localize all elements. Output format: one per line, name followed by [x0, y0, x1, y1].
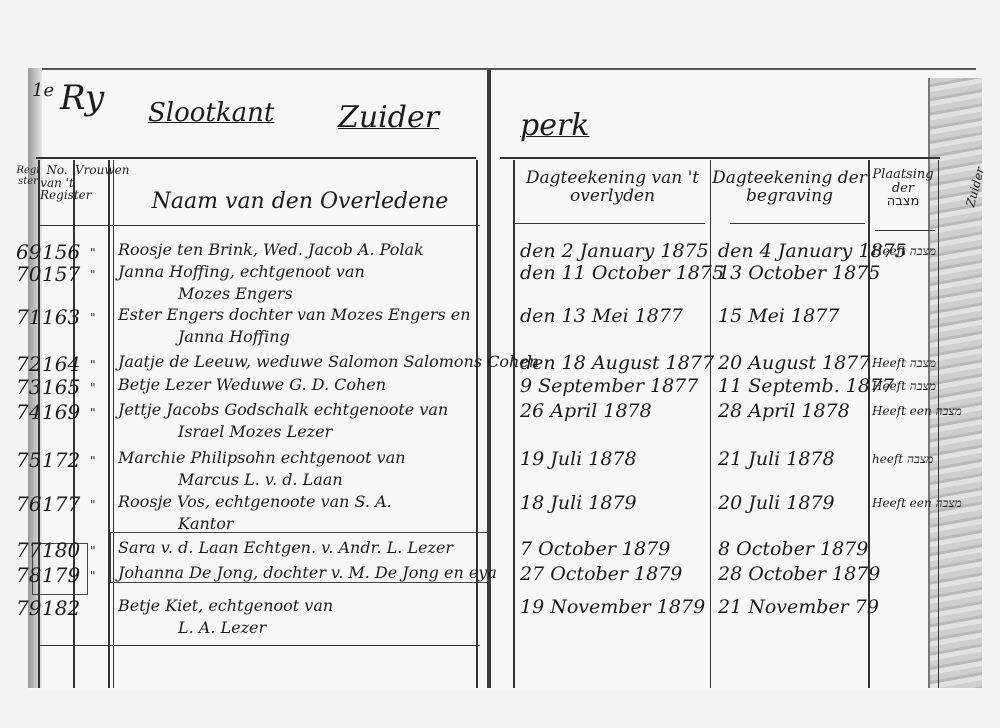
row-label: Ry	[60, 78, 104, 118]
row-prefix: 1e	[32, 80, 54, 101]
stone-placement: Heeft een מצבה	[872, 496, 962, 511]
register-number: 163	[42, 305, 80, 329]
row-number: 77	[16, 538, 41, 562]
deceased-name-cont: Israel Mozes Lezer	[178, 422, 332, 441]
ditto-mark: "	[90, 454, 96, 468]
deceased-name-cont: L. A. Lezer	[178, 618, 266, 637]
row-number: 75	[16, 448, 41, 472]
deceased-name: Marchie Philipsohn echtgenoot van	[118, 448, 406, 467]
death-date: 9 September 1877	[520, 375, 698, 397]
deceased-name-cont: Mozes Engers	[178, 284, 293, 303]
register-number: 164	[42, 352, 80, 376]
col-header-death-date: Dagteekening van 't overlyden	[515, 170, 710, 206]
deceased-name: Sara v. d. Laan Echtgen. v. Andr. L. Lez…	[118, 538, 453, 557]
burial-date: 20 Juli 1879	[718, 492, 835, 514]
burial-date: 20 August 1877	[718, 352, 870, 374]
header-bottom-rule-3	[730, 223, 865, 224]
deceased-name-cont: Kantor	[178, 514, 234, 533]
burial-date: 8 October 1879	[718, 538, 868, 560]
death-date: 19 November 1879	[520, 596, 705, 618]
book-spine	[487, 70, 491, 688]
burial-date: 11 Septemb. 1877	[718, 375, 894, 397]
register-number: 172	[42, 448, 80, 472]
row-number: 69	[16, 240, 41, 264]
col-header-row-no: Regi ster	[16, 166, 40, 187]
row-number: 72	[16, 352, 41, 376]
death-date: den 11 October 1875	[520, 262, 724, 284]
col-header-woman: Vrouwen	[75, 164, 109, 177]
deceased-name-cont: Marcus L. v. d. Laan	[178, 470, 343, 489]
deceased-name: Roosje ten Brink, Wed. Jacob A. Polak	[118, 240, 424, 259]
bottom-rule	[40, 645, 480, 646]
register-number: 156	[42, 240, 80, 264]
row-number: 74	[16, 400, 41, 424]
col-header-name: Naam van den Overledene	[140, 190, 460, 213]
burial-date: 28 October 1879	[718, 563, 880, 585]
deceased-name-cont: Janna Hoffing	[178, 327, 290, 346]
deceased-name: Roosje Vos, echtgenoote van S. A.	[118, 492, 392, 511]
register-number: 157	[42, 262, 80, 286]
ditto-mark: "	[90, 544, 96, 558]
deceased-name: Johanna De Jong, dochter v. M. De Jong e…	[118, 563, 497, 582]
ditto-mark: "	[90, 358, 96, 372]
deceased-name: Betje Lezer Weduwe G. D. Cohen	[118, 375, 386, 394]
header-bottom-rule-4	[875, 230, 935, 231]
ditto-mark: "	[90, 311, 96, 325]
deceased-name: Janna Hoffing, echtgenoot van	[118, 262, 365, 281]
death-date: 27 October 1879	[520, 563, 682, 585]
col-rule	[108, 160, 110, 688]
burial-date: 21 November 79	[718, 596, 879, 618]
death-date: den 18 August 1877	[520, 352, 714, 374]
ditto-mark: "	[90, 498, 96, 512]
ditto-mark: "	[90, 381, 96, 395]
register-number: 177	[42, 492, 80, 516]
ditto-mark: "	[90, 569, 96, 583]
header-top-rule-right	[500, 157, 940, 159]
section-title: Slootkant	[148, 98, 274, 128]
burial-date: 15 Mei 1877	[718, 305, 839, 327]
ditto-mark: "	[90, 246, 96, 260]
stone-placement: Heeft een מצבה	[872, 404, 962, 419]
register-number: 165	[42, 375, 80, 399]
part-title-2: perk	[520, 108, 589, 143]
ditto-mark: "	[90, 268, 96, 282]
register-number: 182	[42, 596, 80, 620]
death-date: den 13 Mei 1877	[520, 305, 683, 327]
deceased-name: Jettje Jacobs Godschalk echtgenoote van	[118, 400, 448, 419]
death-date: 18 Juli 1879	[520, 492, 637, 514]
burial-date: 28 April 1878	[718, 400, 850, 422]
death-date: 7 October 1879	[520, 538, 670, 560]
col-header-stone: Plaatsing der מצבה	[870, 168, 936, 209]
header-top-rule	[36, 157, 476, 159]
row-number: 79	[16, 596, 41, 620]
col-header-burial-date: Dagteekening der begraving	[712, 170, 867, 206]
stone-placement: heeft מצבה	[872, 452, 933, 467]
ditto-mark: "	[90, 406, 96, 420]
row-number: 78	[16, 563, 41, 587]
part-title-1: Zuider	[338, 100, 439, 135]
burial-date: 13 October 1875	[718, 262, 880, 284]
death-date: den 2 January 1875	[520, 240, 709, 262]
stone-placement: Heeft מצבה	[872, 379, 936, 394]
col-rule	[113, 160, 114, 688]
death-date: 26 April 1878	[520, 400, 652, 422]
deceased-name: Jaatje de Leeuw, weduwe Salomon Salomons…	[118, 352, 539, 371]
register-number: 180	[42, 538, 80, 562]
deceased-name: Ester Engers dochter van Mozes Engers en	[118, 305, 471, 324]
col-header-stone-label: Plaatsing der	[872, 167, 933, 196]
row-number: 76	[16, 492, 41, 516]
col-rule	[476, 160, 478, 688]
register-number: 179	[42, 563, 80, 587]
stone-placement: Heeft מצבה	[872, 244, 936, 259]
row-number: 71	[16, 305, 41, 329]
death-date: 19 Juli 1878	[520, 448, 637, 470]
header-bottom-rule-2	[515, 223, 705, 224]
col-rule	[710, 160, 711, 688]
deceased-name: Betje Kiet, echtgenoot van	[118, 596, 333, 615]
row-number: 73	[16, 375, 41, 399]
col-rule	[513, 160, 515, 688]
row-number: 70	[16, 262, 41, 286]
register-number: 169	[42, 400, 80, 424]
col-header-register-no: No. van 't Register	[40, 164, 74, 202]
header-bottom-rule	[40, 225, 480, 226]
burial-date: 21 Juli 1878	[718, 448, 835, 470]
stone-placement: Heeft מצבה	[872, 356, 936, 371]
col-rule	[938, 160, 939, 688]
col-header-stone-hebrew: מצבה	[887, 194, 920, 209]
